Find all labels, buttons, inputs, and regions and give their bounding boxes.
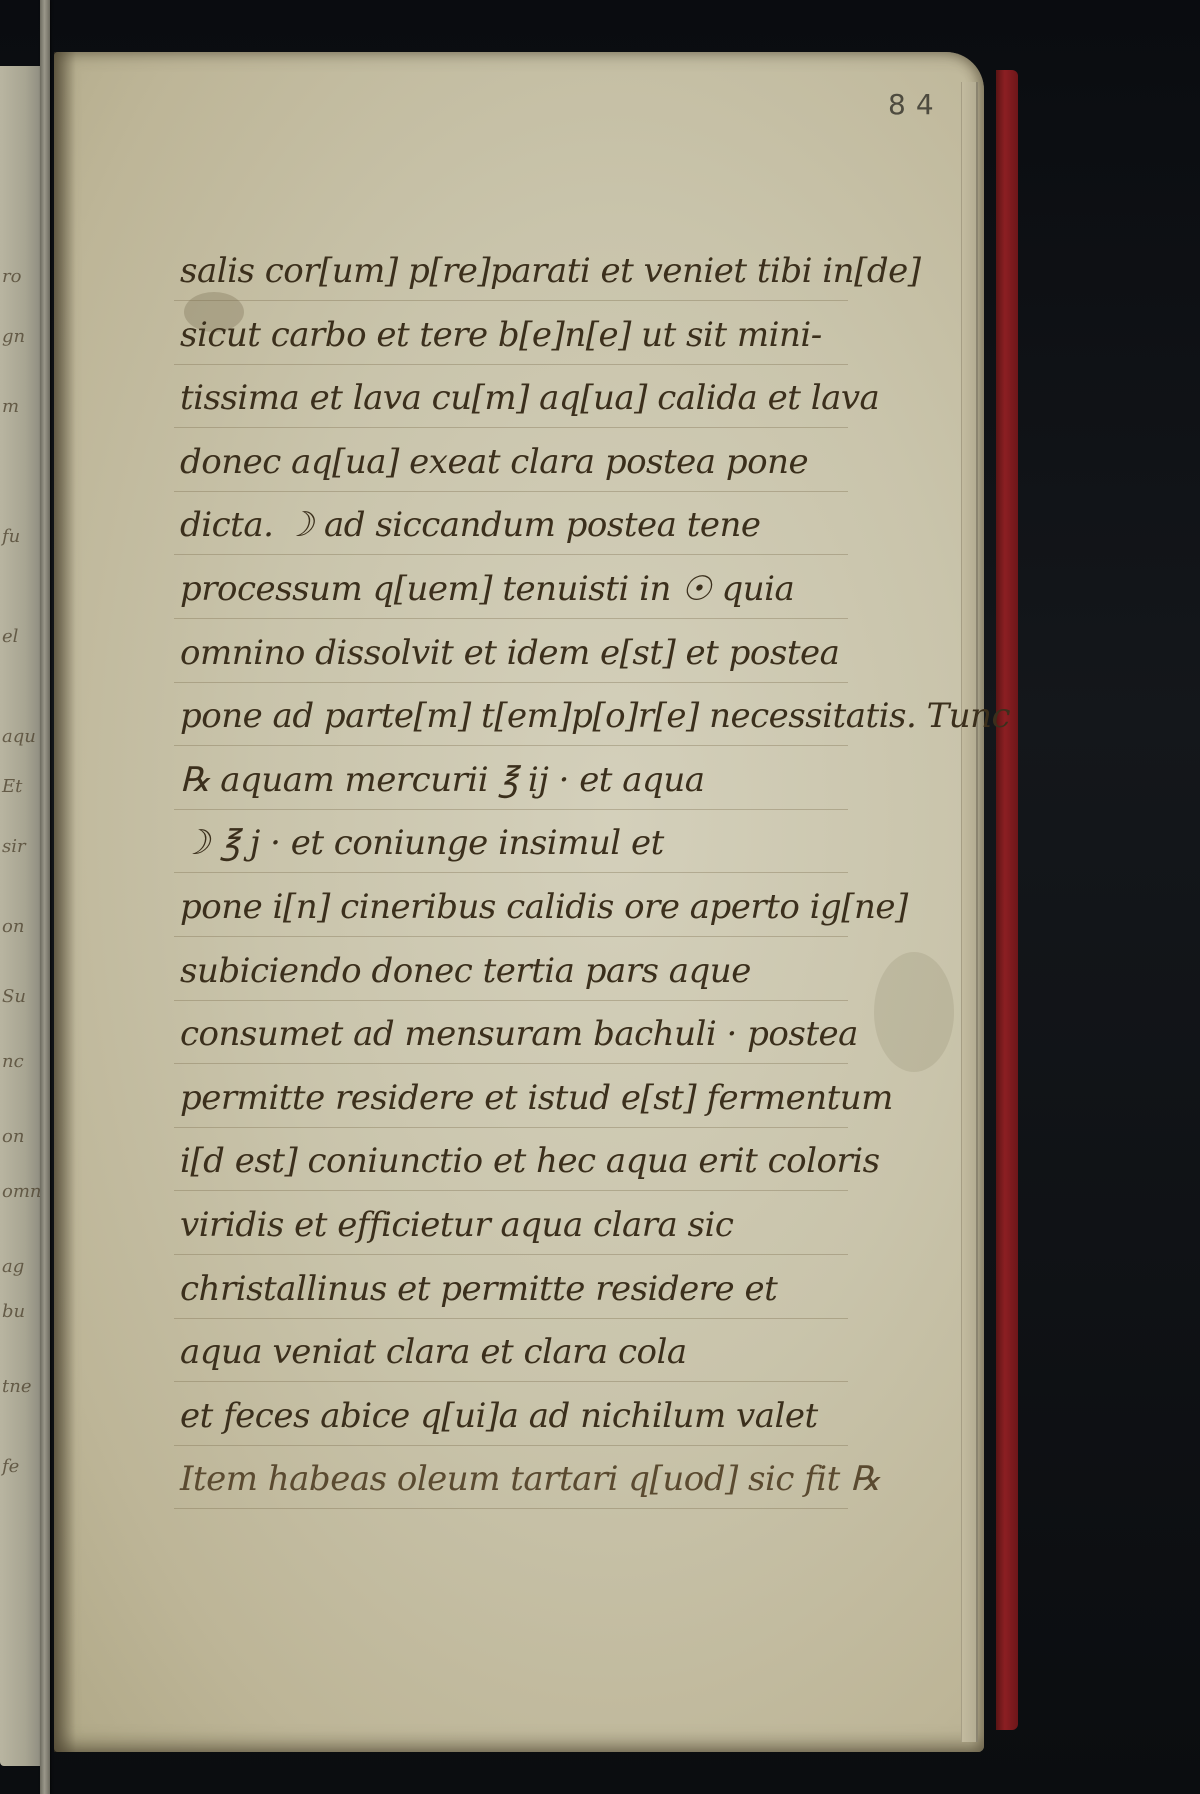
margin-fragment: bu: [2, 1301, 42, 1322]
text-line: omnino dissolvit et idem e[st] et postea: [180, 630, 840, 694]
margin-fragment: nc: [2, 1051, 42, 1072]
margin-fragment: fu: [2, 526, 42, 547]
margin-fragment: Su: [2, 986, 42, 1007]
text-line: christallinus et permitte residere et: [180, 1266, 840, 1330]
facing-page-verso: ro gn m fu el aqu Et sir on Su nc on omn…: [0, 66, 42, 1766]
margin-fragment: on: [2, 1126, 42, 1147]
folio-number: 84: [888, 88, 944, 121]
text-line: i[d est] coniunctio et hec aqua erit col…: [180, 1138, 840, 1202]
text-line: viridis et efficietur aqua clara sic: [180, 1202, 840, 1266]
margin-fragment: sir: [2, 836, 42, 857]
text-line: sicut carbo et tere b[e]n[e] ut sit mini…: [180, 312, 840, 376]
margin-fragment: on: [2, 916, 42, 937]
text-line: salis cor[um] p[re]parati et veniet tibi…: [180, 248, 840, 312]
text-line: aqua veniat clara et clara cola: [180, 1329, 840, 1393]
text-line: consumet ad mensuram bachuli · postea: [180, 1011, 840, 1075]
page-fore-edge: [961, 82, 978, 1742]
margin-fragment: ag: [2, 1256, 42, 1277]
text-line: donec aq[ua] exeat clara postea pone: [180, 439, 840, 503]
text-line: tissima et lava cu[m] aq[ua] calida et l…: [180, 375, 840, 439]
margin-fragment: aqu: [2, 726, 42, 747]
manuscript-text-block: salis cor[um] p[re]parati et veniet tibi…: [180, 248, 840, 1520]
text-line: Item habeas oleum tartari q[uod] sic fit…: [180, 1456, 840, 1520]
margin-fragment: ro: [2, 266, 42, 287]
margin-fragment: el: [2, 626, 42, 647]
margin-fragment: omn: [2, 1181, 42, 1202]
text-line: permitte residere et istud e[st] ferment…: [180, 1075, 840, 1139]
text-line: ℞ aquam mercurii ℥ ij · et aqua: [180, 757, 840, 821]
margin-fragment: gn: [2, 326, 42, 347]
text-line: pone i[n] cineribus calidis ore aperto i…: [180, 884, 840, 948]
margin-fragment: tne: [2, 1376, 42, 1397]
text-line: subiciendo donec tertia pars aque: [180, 948, 840, 1012]
red-binding-edge: [996, 70, 1018, 1730]
ink-stain: [874, 952, 954, 1072]
text-line: ☽ ℥ j · et coniunge insimul et: [180, 820, 840, 884]
margin-fragment: Et: [2, 776, 42, 797]
book-clamp-bar: [40, 0, 50, 1794]
text-line: processum q[uem] tenuisti in ☉ quia: [180, 566, 840, 630]
margin-fragment: fe: [2, 1456, 42, 1477]
text-line: pone ad parte[m] t[em]p[o]r[e] necessita…: [180, 693, 840, 757]
margin-fragment: m: [2, 396, 42, 417]
text-line: et feces abice q[ui]a ad nichilum valet: [180, 1393, 840, 1457]
text-line: dicta. ☽ ad siccandum postea tene: [180, 502, 840, 566]
